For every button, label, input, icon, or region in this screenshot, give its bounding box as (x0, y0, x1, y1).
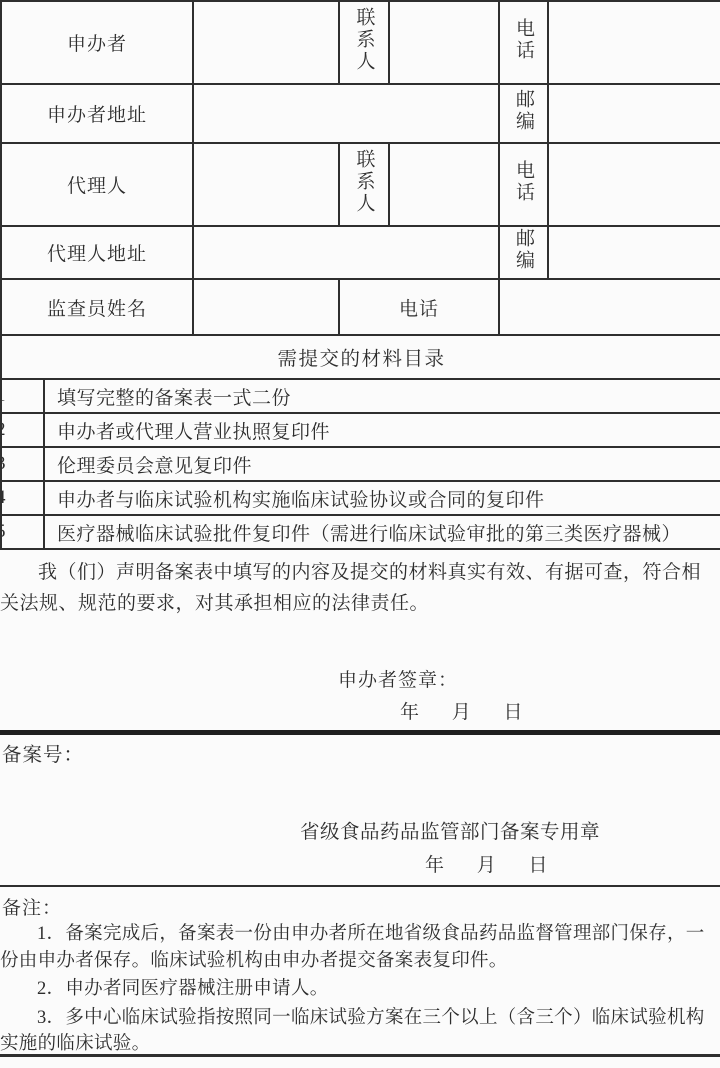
filing-section: 备案号： 省级食品药品监管部门备案专用章 年 月 日 (0, 735, 720, 885)
agent-row: 代理人 联系人 电话 (1, 143, 720, 226)
contact-person-label: 联系人 (355, 7, 374, 73)
material-item-number: 4 (1, 481, 44, 515)
materials-title-row: 需提交的材料目录 (1, 335, 720, 379)
phone-label: 电话 (514, 160, 533, 204)
contact-person-label: 联系人 (355, 149, 374, 215)
agent-value-cell (193, 143, 339, 226)
agent-postcode-value-cell (548, 226, 720, 279)
sponsor-contact-value-cell (389, 1, 499, 84)
material-item-number: 2 (1, 413, 44, 447)
material-item-row: 3 伦理委员会意见复印件 (1, 447, 720, 481)
sponsor-postcode-value-cell (548, 84, 720, 143)
monitor-row: 监查员姓名 电话 (1, 279, 720, 335)
note-item: 3．多中心临床试验指按照同一临床试验方案在三个以上（含三个）临床试验机构实施的临… (0, 1005, 720, 1058)
agent-phone-value-cell (548, 143, 720, 226)
agent-label: 代理人 (1, 143, 193, 226)
material-item-text: 申办者或代理人营业执照复印件 (44, 413, 720, 447)
notes-section: 备注： 1．备案完成后，备案表一份由申办者所在地省级食品药品监督管理部门保存，一… (0, 887, 720, 1054)
agent-phone-label-cell: 电话 (499, 143, 548, 226)
agent-address-row: 代理人地址 邮编 (1, 226, 720, 279)
materials-title: 需提交的材料目录 (1, 335, 720, 379)
contact-info-table: 申办者 联系人 电话 申办者地址 邮编 代理人 联系人 电话 代理人地址 邮编 (0, 0, 720, 336)
agent-contact-value-cell (389, 143, 499, 226)
authority-date-placeholder: 年 月 日 (0, 850, 720, 877)
monitor-name-label: 监查员姓名 (1, 279, 193, 335)
material-item-number: 3 (1, 447, 44, 481)
agent-postcode-label-cell: 邮编 (499, 226, 548, 279)
note-item: 1．备案完成后，备案表一份由申办者所在地省级食品药品监督管理部门保存，一份由申办… (0, 921, 720, 974)
material-item-text: 伦理委员会意见复印件 (44, 447, 720, 481)
material-item-row: 5 医疗器械临床试验批件复印件（需进行临床试验审批的第三类医疗器械） (1, 515, 720, 549)
monitor-phone-label: 电话 (339, 279, 499, 335)
materials-table: 需提交的材料目录 1 填写完整的备案表一式二份 2 申办者或代理人营业执照复印件… (0, 334, 720, 550)
material-item-row: 1 填写完整的备案表一式二份 (1, 379, 720, 413)
sponsor-seal-label: 申办者签章： (0, 665, 720, 692)
filing-number-label: 备案号： (0, 735, 720, 766)
declaration-text: 我（们）声明备案表中填写的内容及提交的材料真实有效、有据可查，符合相关法规、规范… (0, 550, 720, 619)
material-item-text: 医疗器械临床试验批件复印件（需进行临床试验审批的第三类医疗器械） (44, 515, 720, 549)
material-item-number: 5 (1, 515, 44, 549)
sponsor-row: 申办者 联系人 电话 (1, 1, 720, 84)
sponsor-contact-label-cell: 联系人 (339, 1, 389, 84)
phone-label: 电话 (514, 18, 533, 62)
material-item-row: 2 申办者或代理人营业执照复印件 (1, 413, 720, 447)
authority-seal-label: 省级食品药品监管部门备案专用章 (0, 816, 720, 843)
monitor-name-value-cell (193, 279, 339, 335)
material-item-text: 申办者与临床试验机构实施临床试验协议或合同的复印件 (44, 481, 720, 515)
agent-address-label: 代理人地址 (1, 226, 193, 279)
note-item: 2．申办者同医疗器械注册申请人。 (0, 976, 720, 1003)
filing-form-sheet: 申办者 联系人 电话 申办者地址 邮编 代理人 联系人 电话 代理人地址 邮编 (0, 0, 720, 1068)
agent-address-value-cell (193, 226, 499, 279)
declaration-section: 我（们）声明备案表中填写的内容及提交的材料真实有效、有据可查，符合相关法规、规范… (0, 550, 720, 730)
sponsor-date-placeholder: 年 月 日 (0, 697, 720, 724)
monitor-phone-value-cell (499, 279, 720, 335)
sponsor-label: 申办者 (1, 1, 193, 84)
notes-label: 备注： (0, 887, 720, 919)
material-item-number: 1 (1, 379, 44, 413)
agent-contact-label-cell: 联系人 (339, 143, 389, 226)
sponsor-address-value-cell (193, 84, 499, 143)
material-item-row: 4 申办者与临床试验机构实施临床试验协议或合同的复印件 (1, 481, 720, 515)
sponsor-address-row: 申办者地址 邮编 (1, 84, 720, 143)
sponsor-value-cell (193, 1, 339, 84)
sponsor-postcode-label-cell: 邮编 (499, 84, 548, 143)
postal-code-label: 邮编 (514, 228, 533, 272)
material-item-text: 填写完整的备案表一式二份 (44, 379, 720, 413)
sponsor-phone-value-cell (548, 1, 720, 84)
sponsor-phone-label-cell: 电话 (499, 1, 548, 84)
sponsor-address-label: 申办者地址 (1, 84, 193, 143)
postal-code-label: 邮编 (514, 89, 533, 133)
